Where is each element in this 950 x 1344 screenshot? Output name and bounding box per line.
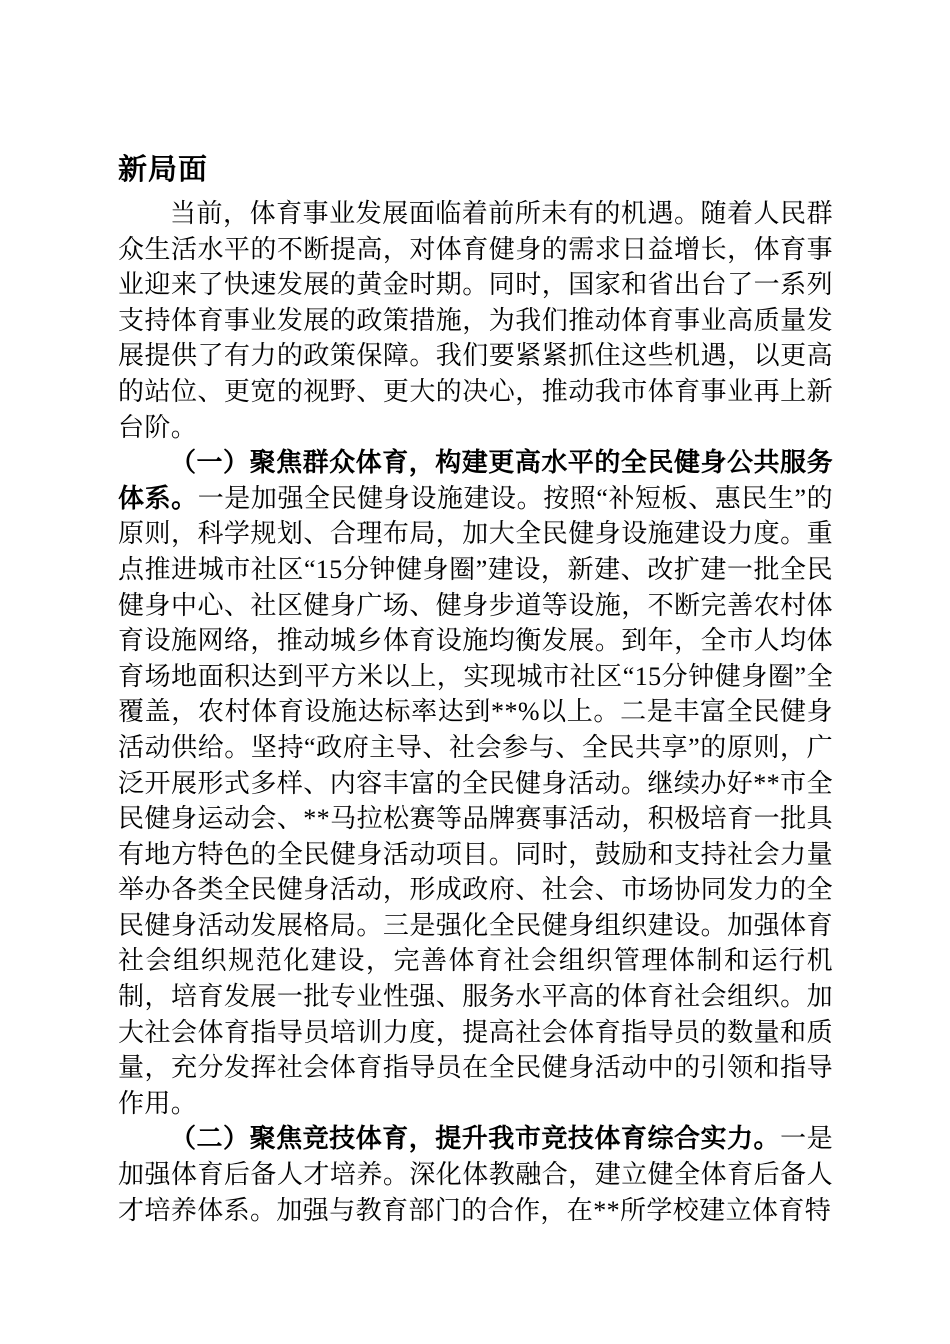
bold-text-run: （二）聚焦竞技体育，提升我市竞技体育综合实力。 [170, 1124, 780, 1153]
document-page: 新局面 当前，体育事业发展面临着前所未有的机遇。随着人民群众生活水平的不断提高，… [0, 0, 950, 1344]
paragraph: 当前，体育事业发展面临着前所未有的机遇。随着人民群众生活水平的不断提高，对体育健… [118, 196, 833, 445]
paragraph: （二）聚焦竞技体育，提升我市竞技体育综合实力。一是加强体育后备人才培养。深化体教… [118, 1121, 833, 1228]
document-body: 当前，体育事业发展面临着前所未有的机遇。随着人民群众生活水平的不断提高，对体育健… [118, 196, 833, 1228]
paragraph: （一）聚焦群众体育，构建更高水平的全民健身公共服务体系。一是加强全民健身设施建设… [118, 445, 833, 1121]
text-run: 当前，体育事业发展面临着前所未有的机遇。随着人民群众生活水平的不断提高，对体育健… [118, 199, 833, 442]
text-run: 一是加强全民健身设施建设。按照“补短板、惠民生”的原则，科学规划、合理布局，加大… [118, 484, 833, 1118]
document-heading: 新局面 [118, 152, 833, 188]
